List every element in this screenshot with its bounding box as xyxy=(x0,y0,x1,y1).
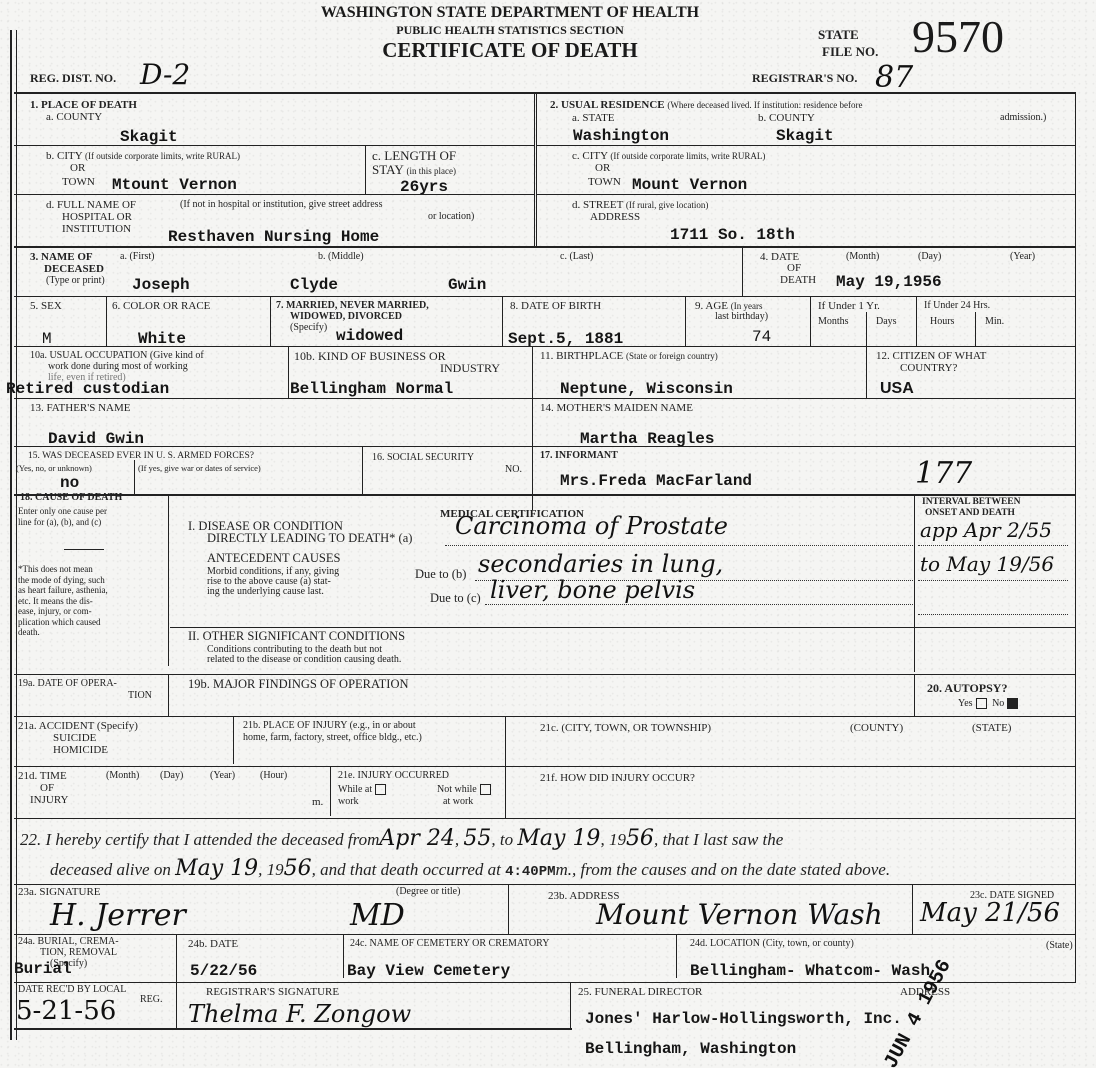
signature-label: 23a. SIGNATURE xyxy=(18,886,101,898)
race-label: 6. COLOR OR RACE xyxy=(112,300,210,312)
first-name-value: Joseph xyxy=(132,276,190,294)
antecedent-hint-3: ing the underlying cause last. xyxy=(207,586,324,598)
informant-value: Mrs.Freda MacFarland xyxy=(560,472,752,490)
armed-forces-hint: (Yes, no, or unknown) xyxy=(16,462,92,474)
rule xyxy=(866,312,867,346)
rule xyxy=(534,92,537,246)
cause-a-value: Carcinoma of Prostate xyxy=(455,512,728,540)
name-label: 3. NAME OF xyxy=(30,251,93,263)
due-to-b-label: Due to (b) xyxy=(415,568,466,580)
injury-time-label-2: OF xyxy=(40,782,54,794)
cause-note: *This does not mean the mode of dying, s… xyxy=(18,564,164,638)
autopsy-options: Yes No xyxy=(958,698,1021,710)
interval-value: app Apr 2/55 xyxy=(920,518,1052,542)
left-border xyxy=(10,30,17,1040)
certification-line-1: 22. I hereby certify that I attended the… xyxy=(20,826,783,851)
death-time-value: 4:40PM xyxy=(505,864,555,880)
part2-label: II. OTHER SIGNIFICANT CONDITIONS xyxy=(188,630,405,642)
dotted-rule xyxy=(918,614,1068,615)
occupation-value: Retired custodian xyxy=(6,380,169,398)
middle-name-label: b. (Middle) xyxy=(318,251,364,263)
death-date-value: May 19,1956 xyxy=(836,273,942,291)
rule xyxy=(912,884,913,934)
mother-label: 14. MOTHER'S MAIDEN NAME xyxy=(540,402,693,414)
rule xyxy=(570,982,571,1028)
burial-state-label: (State) xyxy=(1046,940,1073,952)
funeral-address-value: Bellingham, Washington xyxy=(585,1040,796,1058)
rule xyxy=(270,296,271,346)
state-file-label: STATE xyxy=(818,29,859,41)
injury-county-label: (COUNTY) xyxy=(850,722,903,734)
at-work-label: at work xyxy=(443,796,473,808)
middle-name-value: Clyde xyxy=(290,276,338,294)
reg-dist-label: REG. DIST. NO. xyxy=(30,72,116,84)
note-line: etc. It means the dis- xyxy=(18,596,164,607)
injury-day-label: (Day) xyxy=(160,770,183,782)
certificate-page: WASHINGTON STATE DEPARTMENT OF HEALTH PU… xyxy=(0,0,1096,1068)
rule xyxy=(14,246,1076,248)
rule xyxy=(676,934,677,978)
autopsy-label: 20. AUTOPSY? xyxy=(927,682,1007,694)
informant-mark: 177 xyxy=(915,456,972,491)
injury-place-hint: home, farm, factory, street, office bldg… xyxy=(243,732,422,744)
street-label-2: ADDRESS xyxy=(590,211,640,223)
rule xyxy=(916,296,917,346)
business-value: Bellingham Normal xyxy=(290,380,453,398)
dotted-rule xyxy=(918,580,1068,581)
age-value: 74 xyxy=(752,328,771,346)
rule xyxy=(866,346,867,398)
burial-value: Burial xyxy=(14,960,72,978)
sex-label: 5. SEX xyxy=(30,300,62,312)
armed-forces-label: 15. WAS DECEASED EVER IN U. S. ARMED FOR… xyxy=(28,450,254,462)
autopsy-no-label: No xyxy=(992,698,1004,709)
registrar-no-label: REGISTRAR'S NO. xyxy=(752,72,857,84)
marital-value: widowed xyxy=(336,327,403,345)
rule xyxy=(170,627,1075,628)
note-line: death. xyxy=(18,627,164,638)
death-month-label: (Month) xyxy=(846,251,879,263)
certificate-title: CERTIFICATE OF DEATH xyxy=(300,38,720,63)
city-label: b. CITY (If outside corporate limits, wr… xyxy=(46,150,240,162)
rule xyxy=(134,460,135,496)
rule xyxy=(14,92,1076,94)
rule xyxy=(914,494,915,672)
right-border xyxy=(1075,92,1076,982)
interval-value-2: to May 19/56 xyxy=(920,552,1054,576)
funeral-director-label: 25. FUNERAL DIRECTOR xyxy=(578,986,702,998)
date-signed-value: May 21/56 xyxy=(920,898,1060,928)
last-seen-year: 56 xyxy=(284,856,312,881)
injury-time-m: m. xyxy=(312,796,323,808)
autopsy-yes-label: Yes xyxy=(958,698,973,709)
residence-county-value: Skagit xyxy=(776,127,834,145)
citizen-label-2: COUNTRY? xyxy=(900,362,957,374)
degree-label: (Degree or title) xyxy=(396,886,460,898)
part1-label-2: DIRECTLY LEADING TO DEATH* (a) xyxy=(207,532,412,544)
last-name-value: Gwin xyxy=(448,276,486,294)
suicide-label: SUICIDE xyxy=(53,732,96,744)
days-label: Days xyxy=(876,316,897,328)
minutes-label: Min. xyxy=(985,316,1004,328)
hospital-label-2: HOSPITAL OR xyxy=(62,211,132,223)
file-no-label: FILE NO. xyxy=(822,46,878,58)
rule xyxy=(14,766,1076,767)
reg-dist-number: D-2 xyxy=(140,58,190,91)
ssn-label-2: NO. xyxy=(505,464,522,476)
attended-to-date: May 19 xyxy=(517,826,600,851)
physician-address-value: Mount Vernon Wash xyxy=(596,898,883,931)
rule xyxy=(233,716,234,764)
injury-city-label: 21c. (CITY, TOWN, OR TOWNSHIP) xyxy=(540,722,711,734)
rule xyxy=(14,674,1076,675)
rule xyxy=(14,446,1076,447)
rule xyxy=(288,346,289,398)
ssn-label: 16. SOCIAL SECURITY xyxy=(372,452,474,464)
part2-hint-2: related to the disease or condition caus… xyxy=(207,654,401,666)
rule xyxy=(365,145,366,194)
rule xyxy=(14,884,1076,885)
business-label: 10b. KIND OF BUSINESS OR xyxy=(294,350,446,362)
note-line: as heart failure, asthenia, xyxy=(18,585,164,596)
dotted-rule xyxy=(485,604,915,605)
under-24hrs-label: If Under 24 Hrs. xyxy=(924,300,990,312)
county-label: a. COUNTY xyxy=(46,111,102,123)
burial-date-value: 5/22/56 xyxy=(190,962,257,980)
marital-specify: (Specify) xyxy=(290,322,327,334)
hospital-value: Resthaven Nursing Home xyxy=(168,228,379,246)
operation-date-label: 19a. DATE OF OPERA- xyxy=(18,678,117,690)
rule xyxy=(537,145,1075,146)
place-of-death-label: 1. PLACE OF DEATH xyxy=(30,99,137,111)
residence-label: 2. USUAL RESIDENCE (Where deceased lived… xyxy=(550,99,863,111)
state-file-number: 9570 xyxy=(912,10,1004,63)
residence-state-label: a. STATE xyxy=(572,112,615,124)
residence-town-label: TOWN xyxy=(588,176,621,188)
age-hint: last birthday) xyxy=(715,311,768,323)
rule xyxy=(176,934,177,1028)
rule xyxy=(14,194,534,195)
cemetery-value: Bay View Cemetery xyxy=(347,962,510,980)
rule xyxy=(330,766,331,816)
dotted-rule xyxy=(918,545,1068,546)
birthplace-label: 11. BIRTHPLACE (State or foreign country… xyxy=(540,350,718,362)
residence-state-value: Washington xyxy=(573,127,669,145)
attended-to-year: 56 xyxy=(626,826,654,851)
residence-county-label: b. COUNTY xyxy=(758,112,815,124)
autopsy-no-checkbox[interactable] xyxy=(1007,698,1018,709)
rule xyxy=(14,145,534,146)
hospital-label: d. FULL NAME OF xyxy=(46,199,136,211)
dotted-rule xyxy=(445,545,915,546)
hospital-hint: (If not in hospital or institution, give… xyxy=(180,199,382,211)
rule xyxy=(362,446,363,496)
while-at-work-label: While at xyxy=(338,784,389,796)
work-label: work xyxy=(338,796,359,808)
citizen-label: 12. CITIZEN OF WHAT xyxy=(876,350,986,362)
rule xyxy=(537,194,1075,195)
cause-b-value: secondaries in lung, xyxy=(478,550,723,578)
degree-value: MD xyxy=(350,898,405,933)
citizen-value: USA xyxy=(880,380,914,398)
funeral-director-value: Jones' Harlow-Hollingsworth, Inc. xyxy=(585,1010,902,1028)
first-name-label: a. (First) xyxy=(120,251,154,263)
note-line: *This does not mean xyxy=(18,564,164,575)
stay-label: c. LENGTH OF xyxy=(372,150,456,162)
last-name-label: c. (Last) xyxy=(560,251,593,263)
informant-label: 17. INFORMANT xyxy=(540,450,618,462)
rule xyxy=(168,494,169,666)
injury-occurred-label: 21e. INJURY OCCURRED xyxy=(338,770,449,782)
rule xyxy=(14,818,1076,819)
residence-hint-2: admission.) xyxy=(1000,112,1046,124)
antecedent-label: ANTECEDENT CAUSES xyxy=(207,552,340,564)
rule xyxy=(14,716,1076,717)
months-label: Months xyxy=(818,316,849,328)
death-year-label: (Year) xyxy=(1010,251,1035,263)
section-title: PUBLIC HEALTH STATISTICS SECTION xyxy=(300,23,720,38)
rule xyxy=(685,296,686,346)
rule xyxy=(64,549,104,550)
death-city-value: Mtount Vernon xyxy=(112,176,237,194)
rule xyxy=(914,674,915,716)
street-value: 1711 So. 18th xyxy=(670,226,795,244)
hours-label: Hours xyxy=(930,316,954,328)
cause-hint-2: line for (a), (b), and (c) xyxy=(18,516,101,528)
birthplace-value: Neptune, Wisconsin xyxy=(560,380,733,398)
residence-city-value: Mount Vernon xyxy=(632,176,747,194)
death-day-label: (Day) xyxy=(918,251,941,263)
injury-state-label: (STATE) xyxy=(972,722,1011,734)
name-label-3: (Type or print) xyxy=(46,275,105,287)
rule xyxy=(505,716,506,818)
rule xyxy=(14,346,1076,347)
injury-hour-label: (Hour) xyxy=(260,770,287,782)
date-received-value: 5-21-56 xyxy=(16,996,116,1026)
autopsy-yes-checkbox[interactable] xyxy=(976,698,987,709)
street-label: d. STREET (If rural, give location) xyxy=(572,199,708,211)
not-while-at-work-checkbox[interactable] xyxy=(480,784,491,795)
dob-label: 8. DATE OF BIRTH xyxy=(510,300,601,312)
accident-label: 21a. ACCIDENT (Specify) xyxy=(18,720,138,732)
cause-label: 18. CAUSE OF DEATH xyxy=(20,492,122,504)
rule xyxy=(14,982,1076,983)
hospital-hint-2: or location) xyxy=(428,211,474,223)
operation-findings-label: 19b. MAJOR FINDINGS OF OPERATION xyxy=(188,678,409,690)
armed-forces-value: no xyxy=(60,474,79,492)
burial-location-label: 24d. LOCATION (City, town, or county) xyxy=(690,938,854,950)
certification-line-2: deceased alive on May 19, 1956, and that… xyxy=(50,856,890,881)
city-or-label: OR xyxy=(70,162,85,174)
registrar-signature-label: REGISTRAR'S SIGNATURE xyxy=(206,986,339,998)
burial-date-label: 24b. DATE xyxy=(188,938,238,950)
how-injury-label: 21f. HOW DID INJURY OCCUR? xyxy=(540,772,695,784)
rule xyxy=(106,296,107,346)
business-label-2: INDUSTRY xyxy=(440,362,500,374)
residence-city-label: c. CITY (If outside corporate limits, wr… xyxy=(572,150,765,162)
father-label: 13. FATHER'S NAME xyxy=(30,402,130,414)
armed-forces-hint-2: (If yes, give war or dates of service) xyxy=(138,462,261,474)
residence-or-label: OR xyxy=(595,162,610,174)
rule xyxy=(168,674,169,716)
death-county-value: Skagit xyxy=(120,128,178,146)
rule xyxy=(502,296,503,346)
registrar-signature-value: Thelma F. Zongow xyxy=(188,1000,411,1028)
death-date-label-3: DEATH xyxy=(780,274,816,286)
department-title: WASHINGTON STATE DEPARTMENT OF HEALTH xyxy=(300,4,720,22)
attended-from-year: 55 xyxy=(463,826,491,851)
rule xyxy=(742,246,743,296)
injury-time-label-3: INJURY xyxy=(30,794,69,806)
registrar-number: 87 xyxy=(875,60,913,95)
injury-place-label: 21b. PLACE OF INJURY (e.g., in or about xyxy=(243,720,416,732)
rule xyxy=(532,346,533,398)
rule xyxy=(975,312,976,346)
rule xyxy=(14,1028,572,1030)
hospital-label-3: INSTITUTION xyxy=(62,223,131,235)
operation-date-label-2: TION xyxy=(128,690,152,702)
last-seen-date: May 19 xyxy=(175,856,258,881)
homicide-label: HOMICIDE xyxy=(53,744,108,756)
cemetery-label: 24c. NAME OF CEMETERY OR CREMATORY xyxy=(350,938,549,950)
cause-c-value: liver, bone pelvis xyxy=(490,576,695,604)
physician-signature: H. Jerrer xyxy=(50,898,186,933)
due-to-c-label: Due to (c) xyxy=(430,592,481,604)
injury-time-label: 21d. TIME xyxy=(18,770,67,782)
injury-month-label: (Month) xyxy=(106,770,139,782)
rule xyxy=(508,884,509,934)
note-line: the mode of dying, such xyxy=(18,575,164,586)
rule xyxy=(343,934,344,978)
rule xyxy=(14,934,1076,935)
city-town-label: TOWN xyxy=(62,176,95,188)
date-received-label: DATE REC'D BY LOCAL xyxy=(18,984,126,996)
injury-year-label: (Year) xyxy=(210,770,235,782)
rule xyxy=(810,296,811,346)
stay-label-2: STAY (in this place) xyxy=(372,164,456,177)
date-received-label-2: REG. xyxy=(140,994,163,1006)
burial-location-value: Bellingham- Whatcom- Wash xyxy=(690,962,930,980)
under-1yr-label: If Under 1 Yr. xyxy=(818,300,880,312)
rule xyxy=(14,494,1076,496)
rule xyxy=(14,398,1076,399)
note-line: plication which caused xyxy=(18,617,164,628)
attended-from-date: Apr 24 xyxy=(379,826,454,851)
name-label-2: DECEASED xyxy=(44,263,104,275)
death-date-label-2: OF xyxy=(787,262,801,274)
note-line: ease, injury, or com- xyxy=(18,606,164,617)
not-while-at-work-label: Not while xyxy=(437,784,494,796)
while-at-work-checkbox[interactable] xyxy=(375,784,386,795)
